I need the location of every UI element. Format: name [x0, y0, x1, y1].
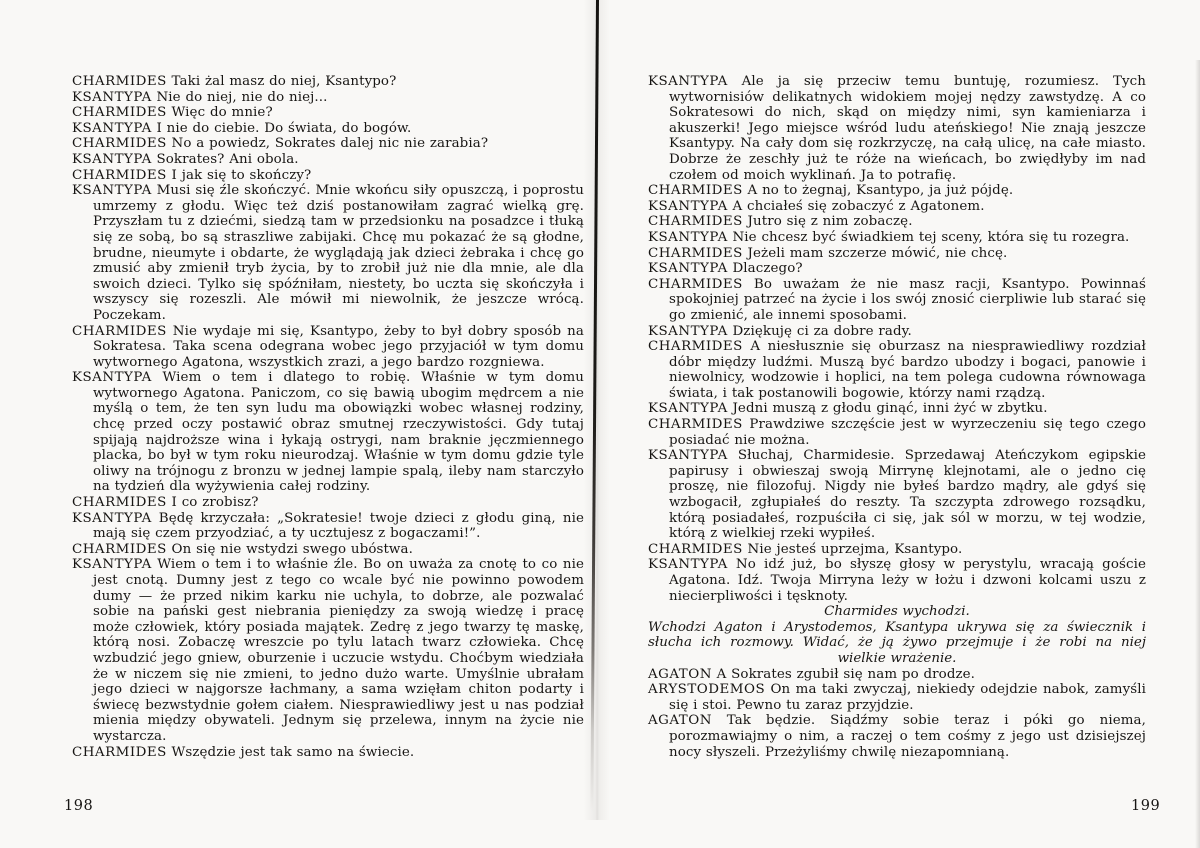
speaker-name: CHARMIDES	[648, 417, 743, 432]
speaker-name: KSANTYPA	[648, 74, 728, 89]
dialogue-text: Nie do niej, nie do niej...	[156, 90, 327, 105]
dialogue-entry: KSANTYPA Wiem o tem i dlatego to robię. …	[72, 370, 584, 495]
dialogue-text: Wiem o tem i to właśnie źle. Bo on uważa…	[93, 557, 584, 744]
dialogue-entry: CHARMIDES Jeżeli mam szczerze mówić, nie…	[648, 246, 1146, 262]
dialogue-entry: CHARMIDES Prawdziwe szczęście jest w wyr…	[648, 417, 1146, 448]
dialogue-entry: CHARMIDES No a powiedz, Sokrates dalej n…	[72, 136, 584, 152]
dialogue-entry: KSANTYPA Jedni muszą z głodu ginąć, inni…	[648, 401, 1146, 417]
dialogue-entry: KSANTYPA No idź już, bo słyszę głosy w p…	[648, 557, 1146, 604]
speaker-name: CHARMIDES	[72, 168, 167, 183]
speaker-name: CHARMIDES	[72, 542, 167, 557]
page-number-right: 199	[1131, 798, 1160, 814]
dialogue-entry: CHARMIDES Nie jesteś uprzejma, Ksantypo.	[648, 542, 1146, 558]
speaker-name: ARYSTODEMOS	[648, 682, 765, 697]
speaker-name: CHARMIDES	[72, 324, 167, 339]
page-right-edge	[1195, 60, 1200, 848]
speaker-name: CHARMIDES	[72, 136, 167, 151]
dialogue-entry: CHARMIDES I jak się to skończy?	[72, 168, 584, 184]
dialogue-entry: KSANTYPA Będę krzyczała: „Sokratesie! tw…	[72, 511, 584, 542]
speaker-name: KSANTYPA	[72, 121, 152, 136]
dialogue-text: Musi się źle skończyć. Mnie wkońcu siły …	[93, 183, 584, 323]
speaker-name: CHARMIDES	[72, 74, 167, 89]
dialogue-entry: CHARMIDES I co zrobisz?	[72, 495, 584, 511]
speaker-name: CHARMIDES	[72, 495, 167, 510]
dialogue-text: Jeżeli mam szczerze mówić, nie chcę.	[748, 246, 1008, 261]
dialogue-text: I jak się to skończy?	[172, 168, 312, 183]
dialogue-entry: ARYSTODEMOS On ma taki zwyczaj, niekiedy…	[648, 682, 1146, 713]
dialogue-entry: CHARMIDES A niesłusznie się oburzasz na …	[648, 339, 1146, 401]
dialogue-text: Wszędzie jest tak samo na świecie.	[172, 745, 415, 760]
dialogue-entry: KSANTYPA Dziękuję ci za dobre rady.	[648, 324, 1146, 340]
speaker-name: CHARMIDES	[72, 745, 167, 760]
speaker-name: KSANTYPA	[648, 401, 728, 416]
dialogue-text: Wiem o tem i dlatego to robię. Właśnie w…	[93, 370, 584, 494]
speaker-name: CHARMIDES	[72, 105, 167, 120]
speaker-name: AGATON	[648, 713, 712, 728]
dialogue-entry: CHARMIDES Wszędzie jest tak samo na świe…	[72, 745, 584, 761]
dialogue-entry: CHARMIDES Taki żal masz do niej, Ksantyp…	[72, 74, 584, 90]
dialogue-entry: CHARMIDES Bo uważam że nie masz racji, K…	[648, 277, 1146, 324]
dialogue-text: Więc do mnie?	[172, 105, 273, 120]
speaker-name: CHARMIDES	[648, 246, 743, 261]
dialogue-text: Sokrates? Ani obola.	[156, 152, 298, 167]
speaker-name: KSANTYPA	[648, 261, 728, 276]
dialogue-text: A no to żegnaj, Ksantypo, ja już pójdę.	[748, 183, 1014, 198]
dialogue-entry: AGATON Tak będzie. Siądźmy sobie teraz i…	[648, 713, 1146, 760]
dialogue-entry: CHARMIDES Jutro się z nim zobaczę.	[648, 214, 1146, 230]
dialogue-text: Nie wydaje mi się, Ksantypo, żeby to był…	[93, 324, 584, 370]
speaker-name: KSANTYPA	[72, 557, 152, 572]
speaker-name: KSANTYPA	[72, 183, 152, 198]
dialogue-entry: KSANTYPA Wiem o tem i to właśnie źle. Bo…	[72, 557, 584, 744]
dialogue-entry: KSANTYPA Słuchaj, Charmidesie. Sprzedawa…	[648, 448, 1146, 542]
speaker-name: KSANTYPA	[72, 370, 152, 385]
dialogue-entry: KSANTYPA Nie chcesz być świadkiem tej sc…	[648, 230, 1146, 246]
dialogue-text: Nie jesteś uprzejma, Ksantypo.	[748, 542, 963, 557]
dialogue-entry: KSANTYPA Sokrates? Ani obola.	[72, 152, 584, 168]
dialogue-text: I co zrobisz?	[172, 495, 259, 510]
dialogue-entry: KSANTYPA Nie do niej, nie do niej...	[72, 90, 584, 106]
dialogue-entry: CHARMIDES Więc do mnie?	[72, 105, 584, 121]
speaker-name: CHARMIDES	[648, 277, 743, 292]
dialogue-text: Ale ja się przeciw temu buntuję, rozumie…	[669, 74, 1146, 183]
dialogue-entry: CHARMIDES On się nie wstydzi swego ubóst…	[72, 542, 584, 558]
speaker-name: KSANTYPA	[648, 557, 728, 572]
dialogue-entry: AGATON A Sokrates zgubił się nam po drod…	[648, 667, 1146, 683]
dialogue-text: I nie do ciebie. Do świata, do bogów.	[156, 121, 411, 136]
dialogue-entry: KSANTYPA Musi się źle skończyć. Mnie wko…	[72, 183, 584, 323]
dialogue-text: Dziękuję ci za dobre rady.	[732, 324, 911, 339]
dialogue-text: No a powiedz, Sokrates dalej nic nie zar…	[172, 136, 489, 151]
dialogue-text: Jutro się z nim zobaczę.	[748, 214, 913, 229]
dialogue-text: A Sokrates zgubił się nam po drodze.	[717, 667, 975, 682]
dialogue-text: On się nie wstydzi swego ubóstwa.	[172, 542, 413, 557]
dialogue-entry: KSANTYPA A chciałeś się zobaczyć z Agato…	[648, 199, 1146, 215]
dialogue-entry: KSANTYPA Ale ja się przeciw temu buntuję…	[648, 74, 1146, 183]
speaker-name: KSANTYPA	[72, 152, 152, 167]
dialogue-entry: CHARMIDES A no to żegnaj, Ksantypo, ja j…	[648, 183, 1146, 199]
speaker-name: KSANTYPA	[648, 230, 728, 245]
dialogue-text: Nie chcesz być świadkiem tej sceny, któr…	[732, 230, 1129, 245]
speaker-name: CHARMIDES	[648, 542, 743, 557]
speaker-name: KSANTYPA	[648, 324, 728, 339]
dialogue-text: Jedni muszą z głodu ginąć, inni żyć w zb…	[732, 401, 1047, 416]
dialogue-text: Dlaczego?	[732, 261, 802, 276]
speaker-name: AGATON	[648, 667, 712, 682]
dialogue-entry: KSANTYPA Dlaczego?	[648, 261, 1146, 277]
book-gutter-line	[590, 0, 599, 812]
right-page: KSANTYPA Ale ja się przeciw temu buntuję…	[648, 74, 1146, 760]
left-page: CHARMIDES Taki żal masz do niej, Ksantyp…	[72, 74, 584, 760]
speaker-name: CHARMIDES	[648, 183, 743, 198]
dialogue-text: A chciałeś się zobaczyć z Agatonem.	[732, 199, 984, 214]
speaker-name: KSANTYPA	[648, 199, 728, 214]
stage-direction: Charmides wychodzi.	[648, 604, 1146, 620]
speaker-name: KSANTYPA	[72, 511, 152, 526]
speaker-name: KSANTYPA	[72, 90, 152, 105]
page-number-left: 198	[64, 798, 93, 814]
dialogue-text: Tak będzie. Siądźmy sobie teraz i póki g…	[669, 713, 1146, 759]
speaker-name: CHARMIDES	[648, 214, 743, 229]
dialogue-text: Taki żal masz do niej, Ksantypo?	[172, 74, 397, 89]
dialogue-entry: KSANTYPA I nie do ciebie. Do świata, do …	[72, 121, 584, 137]
speaker-name: CHARMIDES	[648, 339, 743, 354]
dialogue-text: Będę krzyczała: „Sokratesie! twoje dziec…	[93, 511, 584, 542]
dialogue-text: No idź już, bo słyszę głosy w perystylu,…	[669, 557, 1146, 603]
stage-direction: Wchodzi Agaton i Arystodemos, Ksantypa u…	[648, 620, 1146, 667]
dialogue-text: Słuchaj, Charmidesie. Sprzedawaj Ateńczy…	[669, 448, 1146, 541]
speaker-name: KSANTYPA	[648, 448, 728, 463]
dialogue-entry: CHARMIDES Nie wydaje mi się, Ksantypo, ż…	[72, 324, 584, 371]
